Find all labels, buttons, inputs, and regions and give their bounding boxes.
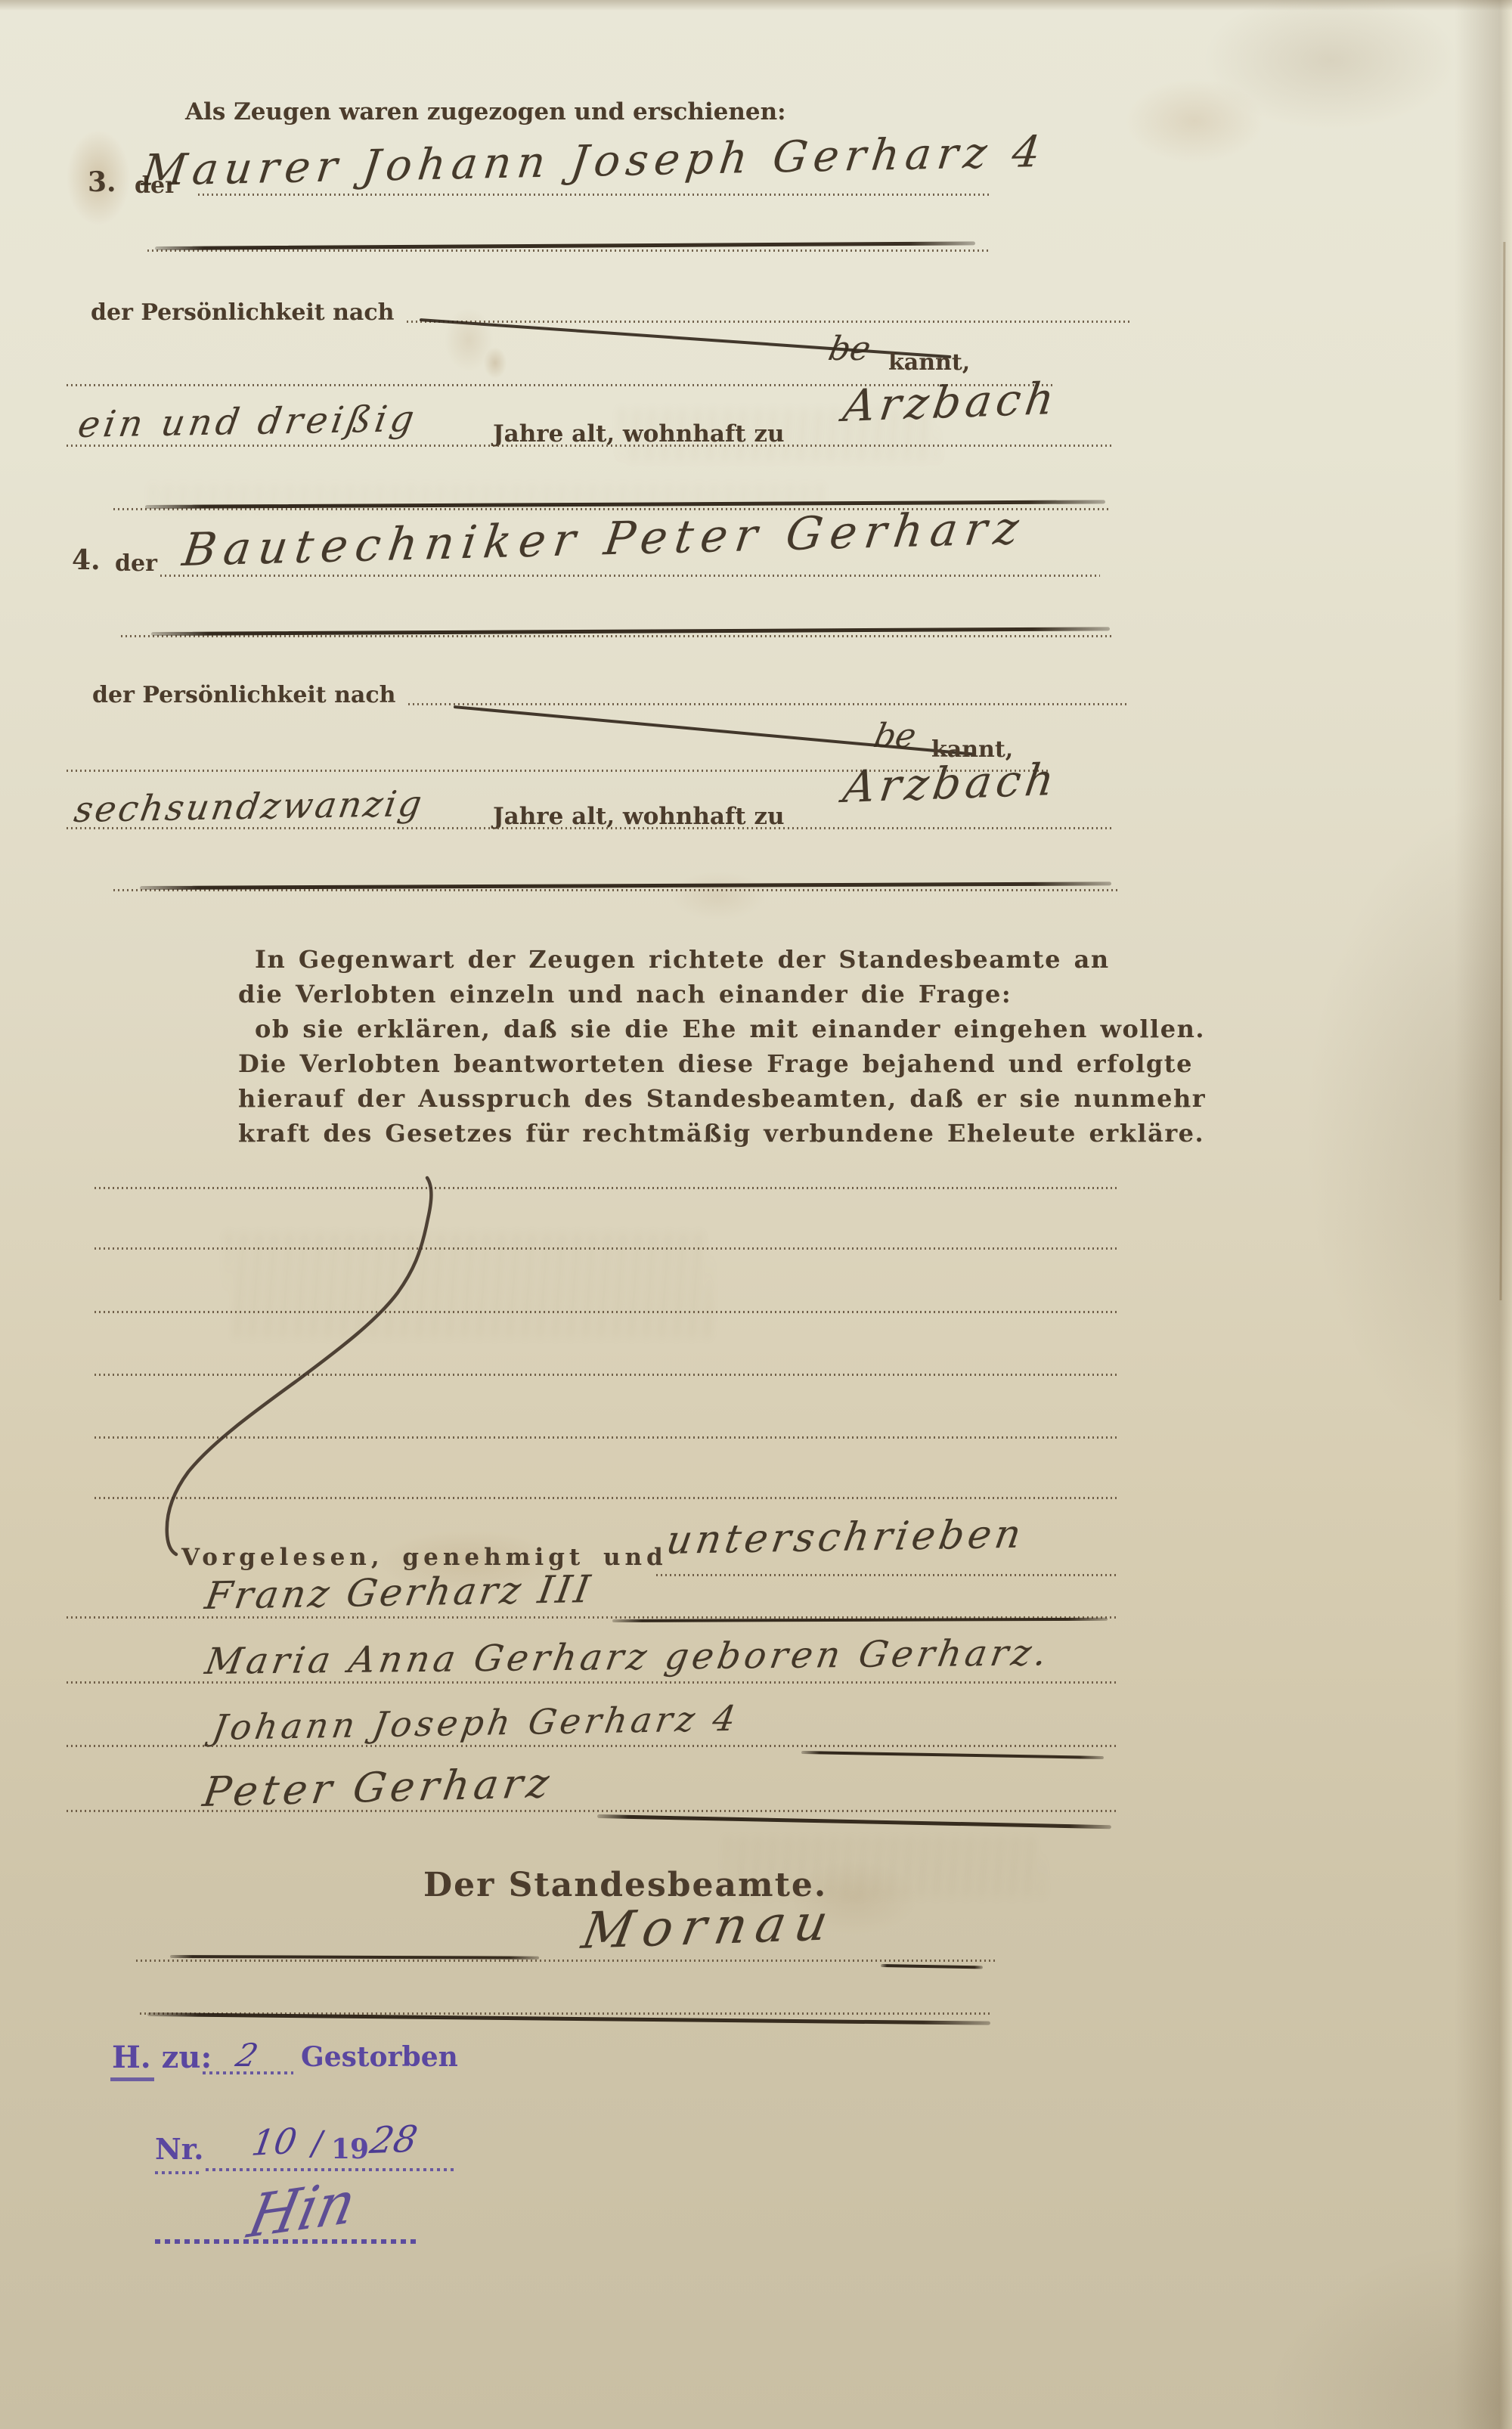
scanned-marriage-record-page: Als Zeugen waren zugezogen und erschiene… [0,0,1512,2429]
dotted-line [147,249,990,252]
witness3-persoenlichkeit-label: der Persönlichkeit nach [91,299,394,326]
heading-witnesses: Als Zeugen waren zugezogen und erschiene… [185,98,786,125]
paragraph-line: kraft des Gesetzes für rechtmäßig verbun… [238,1116,1138,1151]
unterschrieben-handwritten: unterschrieben [664,1515,1027,1560]
stamp-paraph-handwritten: Hin [243,2172,361,2247]
dotted-line [67,1810,1119,1812]
dotted-line [67,1681,1119,1684]
witness4-der-label: der [115,550,157,577]
official-signature-mornau: Mornau [578,1898,841,1957]
dotted-line [94,1247,1117,1250]
witness3-place-handwritten: Arzbach [841,376,1061,428]
stamp-h-underline [110,2077,154,2081]
dotted-line [113,889,1119,891]
witness3-age-handwritten: ein und dreißig [76,401,420,443]
stamp-year-prefix: 19 [331,2133,369,2165]
ink-rule [597,1814,1111,1829]
dotted-line [656,1574,1119,1576]
dotted-line [67,445,1111,447]
witness3-name-handwritten: Maurer Johann Joseph Gerharz 4 [140,131,1049,193]
dotted-line [408,703,1126,705]
stamp-number-handwritten: 10 [249,2123,299,2161]
paragraph-line: hierauf der Ausspruch des Standesbeamten… [238,1081,1138,1116]
witness4-persoenlichkeit-label: der Persönlichkeit nach [92,682,395,708]
dotted-line [67,1745,1119,1747]
dotted-line [198,194,990,196]
witness4-place-handwritten: Arzbach [841,758,1061,809]
stamp-nr-label: Nr. [155,2132,204,2166]
stamp-dotted-line [155,2171,200,2174]
witness4-name-handwritten: Bautechniker Peter Gerharz [180,506,1029,573]
witness4-age-handwritten: sechsundzwanzig [72,786,426,828]
stamp-slash: / [311,2127,323,2161]
dotted-line [94,1311,1117,1313]
witness3-age-printed: Jahre alt, wohnhaft zu [493,420,785,448]
stamp-year-handwritten: 28 [367,2121,420,2159]
dotted-line [94,1374,1117,1376]
signature-peter-gerharz: Peter Gerharz [200,1763,556,1813]
witness4-age-printed: Jahre alt, wohnhaft zu [493,803,785,830]
witness4-be-handwritten: be [871,720,919,753]
witness3-number: 3. [88,166,116,198]
cancellation-curve [0,0,1512,2429]
paragraph-line: In Gegenwart der Zeugen richtete der Sta… [238,942,1138,977]
ink-rule [881,1964,983,1969]
signature-franz-gerharz: Franz Gerharz III [203,1570,596,1615]
signature-johann-joseph-gerharz: Johann Joseph Gerharz 4 [210,1701,742,1745]
dotted-line [94,1436,1117,1439]
stamp-h-zu-label: H. zu: [112,2040,212,2075]
dotted-line [94,1497,1117,1499]
ink-rule [612,1618,1108,1622]
dotted-line [121,635,1111,637]
paragraph-line: ob sie erklären, daß sie die Ehe mit ein… [238,1012,1138,1046]
dotted-line [407,321,1130,323]
dotted-line [94,1187,1117,1189]
dotted-line [67,827,1111,829]
signature-maria-anna-gerharz: Maria Anna Gerharz geboren Gerharz. [203,1634,1053,1680]
witness3-be-handwritten: be [826,333,874,366]
witness4-number: 4. [72,544,101,576]
stamp-mark-handwritten: 2 [233,2040,261,2071]
declaration-paragraph: In Gegenwart der Zeugen richtete der Sta… [238,942,1138,1151]
paragraph-line: Die Verlobten beantworteten diese Frage … [238,1046,1138,1081]
ink-rule [801,1751,1104,1759]
page-edge-line [1500,242,1506,1300]
stamp-gestorben-label: Gestorben [301,2041,458,2073]
dotted-line [136,1960,998,1962]
witness3-kannt-label: kannt, [888,349,970,376]
dotted-line [160,575,1100,577]
paragraph-line: die Verlobten einzeln und nach einander … [238,977,1138,1012]
ink-rule [170,1955,539,1960]
